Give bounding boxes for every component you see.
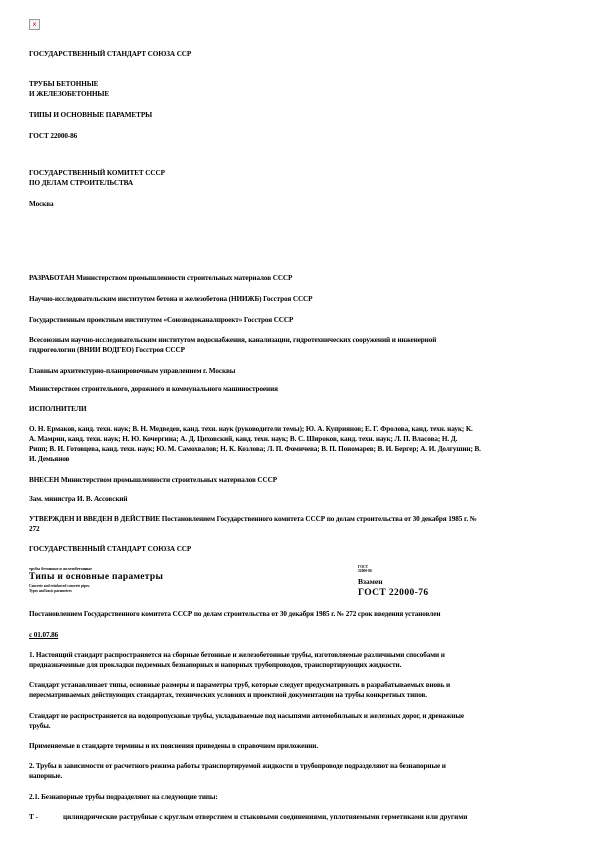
nameblock-english-line-1: Concrete and reinforced concrete pipes. [29, 584, 90, 589]
org-niizhb: Научно-исследовательским институтом бето… [29, 294, 569, 305]
paragraph-5-line-1: 2. Трубы в зависимости от расчетного реж… [29, 761, 569, 772]
org-soyuzvodokanalproekt: Государственным проектным институтом «Со… [29, 315, 569, 326]
decree-text: Постановлением Государственного комитета… [29, 609, 569, 620]
org-vodgeo-line-2: гидрогеологии (ВНИИ ВОДГЕО) Госстроя ССС… [29, 345, 569, 356]
paragraph-2-line-1: Стандарт устанавливает типы, основные ра… [29, 680, 569, 691]
paragraph-1-line-1: 1. Настоящий стандарт распространяется н… [29, 650, 569, 661]
nameblock-gost-label: ГОСТ 22000-86 [358, 565, 372, 573]
paragraph-4: Применяемые в стандарте термины и их поя… [29, 741, 569, 752]
developed-by: РАЗРАБОТАН Министерством промышленности … [29, 273, 569, 284]
committee-line-2: ПО ДЕЛАМ СТРОИТЕЛЬСТВА [29, 178, 569, 189]
executors-heading: ИСПОЛНИТЕЛИ [29, 404, 569, 415]
introduced-by: ВНЕСЕН Министерством промышленности стро… [29, 475, 569, 486]
nameblock-english-line-2: Types and basic parameters [29, 589, 72, 594]
paragraph-1-line-2: предназначенные для прокладки подземных … [29, 660, 569, 671]
nameblock-title: Типы и основные параметры [29, 572, 163, 583]
title-line-1: ТРУБЫ БЕТОННЫЕ [29, 79, 569, 90]
title-line-2: И ЖЕЛЕЗОБЕТОННЫЕ [29, 89, 569, 100]
nameblock-small-title: трубы бетонные и железобетонные [29, 566, 92, 571]
committee-line-1: ГОСУДАРСТВЕННЫЙ КОМИТЕТ СССР [29, 168, 569, 179]
header-standard: ГОСУДАРСТВЕННЫЙ СТАНДАРТ СОЮЗА ССР [29, 49, 569, 60]
replaced-gost-number: ГОСТ 22000-76 [358, 588, 429, 599]
broken-image-icon: x [29, 19, 40, 30]
gost-number: ГОСТ 22000-86 [29, 131, 569, 142]
org-ministry-machinery: Министерством строительного, дорожного и… [29, 384, 569, 395]
org-moscow-planning: Главным архитектурно-планировочным управ… [29, 366, 569, 377]
paragraph-2-line-2: пересматриваемых действующих стандартах,… [29, 690, 569, 701]
nameblock-standard: ГОСУДАРСТВЕННЫЙ СТАНДАРТ СОЮЗА ССР [29, 544, 569, 555]
city: Москва [29, 199, 569, 210]
approved-line-2: 272 [29, 524, 569, 535]
approved-line-1: УТВЕРЖДЕН И ВВЕДЕН В ДЕЙСТВИЕ Постановле… [29, 514, 569, 525]
executors-line-2: А. Мамрин, канд. техн. наук; Н. Ю. Кочер… [29, 434, 569, 445]
subtitle: ТИПЫ И ОСНОВНЫЕ ПАРАМЕТРЫ [29, 110, 569, 121]
paragraph-3-line-2: трубы. [29, 721, 569, 732]
org-vodgeo-line-1: Всесоюзным научно-исследовательским инст… [29, 335, 569, 346]
paragraph-5-line-2: напорные. [29, 771, 569, 782]
executors-line-4: И. Демьянов [29, 454, 569, 465]
deputy-minister: Зам. министра И. В. Ассовский [29, 494, 569, 505]
paragraph-3-line-1: Стандарт не распространяется на водопроп… [29, 711, 569, 722]
list-item-t: цилиндрические раструбные с круглым отве… [63, 812, 573, 823]
replaces-label: Взамен [358, 577, 383, 586]
executors-line-3: Рипп; В. И. Готовцева, канд. техн. наук;… [29, 444, 569, 455]
gost-small-number: 22000-86 [358, 569, 372, 573]
list-marker-t: Т - [29, 812, 38, 823]
paragraph-6: 2.1. Безнапорные трубы подразделяют на с… [29, 792, 569, 803]
effective-date: с 01.07.86 [29, 630, 569, 641]
executors-line-1: О. Н. Ермаков, канд. техн. наук; В. Н. М… [29, 424, 569, 435]
